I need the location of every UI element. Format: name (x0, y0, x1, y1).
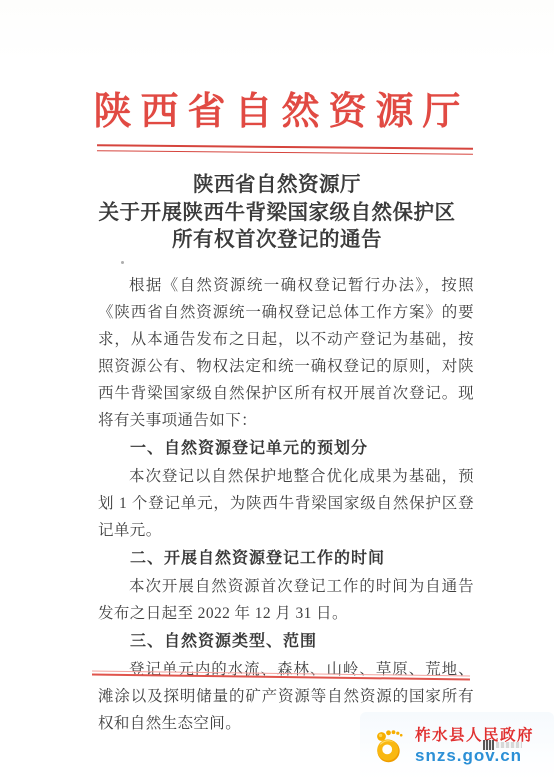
footprint-logo-icon (374, 727, 406, 765)
section-1-paragraph: 本次登记以自然保护地整合优化成果为基础，预划 1 个登记单元，为陕西牛背梁国家级… (98, 463, 474, 544)
masthead-double-rule (97, 144, 473, 155)
scan-artifact-dot (121, 261, 124, 264)
intro-paragraph: 根据《自然资源统一确权登记暂行办法》，按照《陕西省自然资源统一确权登记总体工作方… (98, 272, 474, 434)
document-title: 陕西省自然资源厅 关于开展陕西牛背梁国家级自然保护区 所有权首次登记的通告 (0, 172, 554, 255)
watermark-text-block: 柞水县人民政府 snzs.gov.cn (415, 728, 534, 764)
title-line-3: 所有权首次登记的通告 (0, 227, 554, 255)
document-body: 根据《自然资源统一确权登记暂行办法》，按照《陕西省自然资源统一确权登记总体工作方… (98, 272, 474, 737)
title-line-2: 关于开展陕西牛背梁国家级自然保护区 (0, 200, 554, 228)
watermark-site-url: snzs.gov.cn (415, 747, 522, 764)
qr-caption-smudge (496, 742, 522, 748)
site-watermark: 柞水县人民政府 snzs.gov.cn (360, 712, 554, 780)
qr-code-mark (483, 740, 494, 750)
agency-masthead: 陕西省自然资源厅 (0, 88, 554, 136)
title-line-1: 陕西省自然资源厅 (0, 172, 554, 200)
section-1-heading: 一、自然资源登记单元的预划分 (98, 435, 474, 462)
document-page: 陕西省自然资源厅 陕西省自然资源厅 关于开展陕西牛背梁国家级自然保护区 所有权首… (0, 0, 554, 782)
watermark-url-row: snzs.gov.cn (415, 747, 534, 764)
section-2-heading: 二、开展自然资源登记工作的时间 (98, 545, 474, 572)
section-2-paragraph: 本次开展自然资源首次登记工作的时间为自通告发布之日起至 2022 年 12 月 … (98, 573, 474, 627)
section-3-heading: 三、自然资源类型、范围 (98, 628, 474, 655)
